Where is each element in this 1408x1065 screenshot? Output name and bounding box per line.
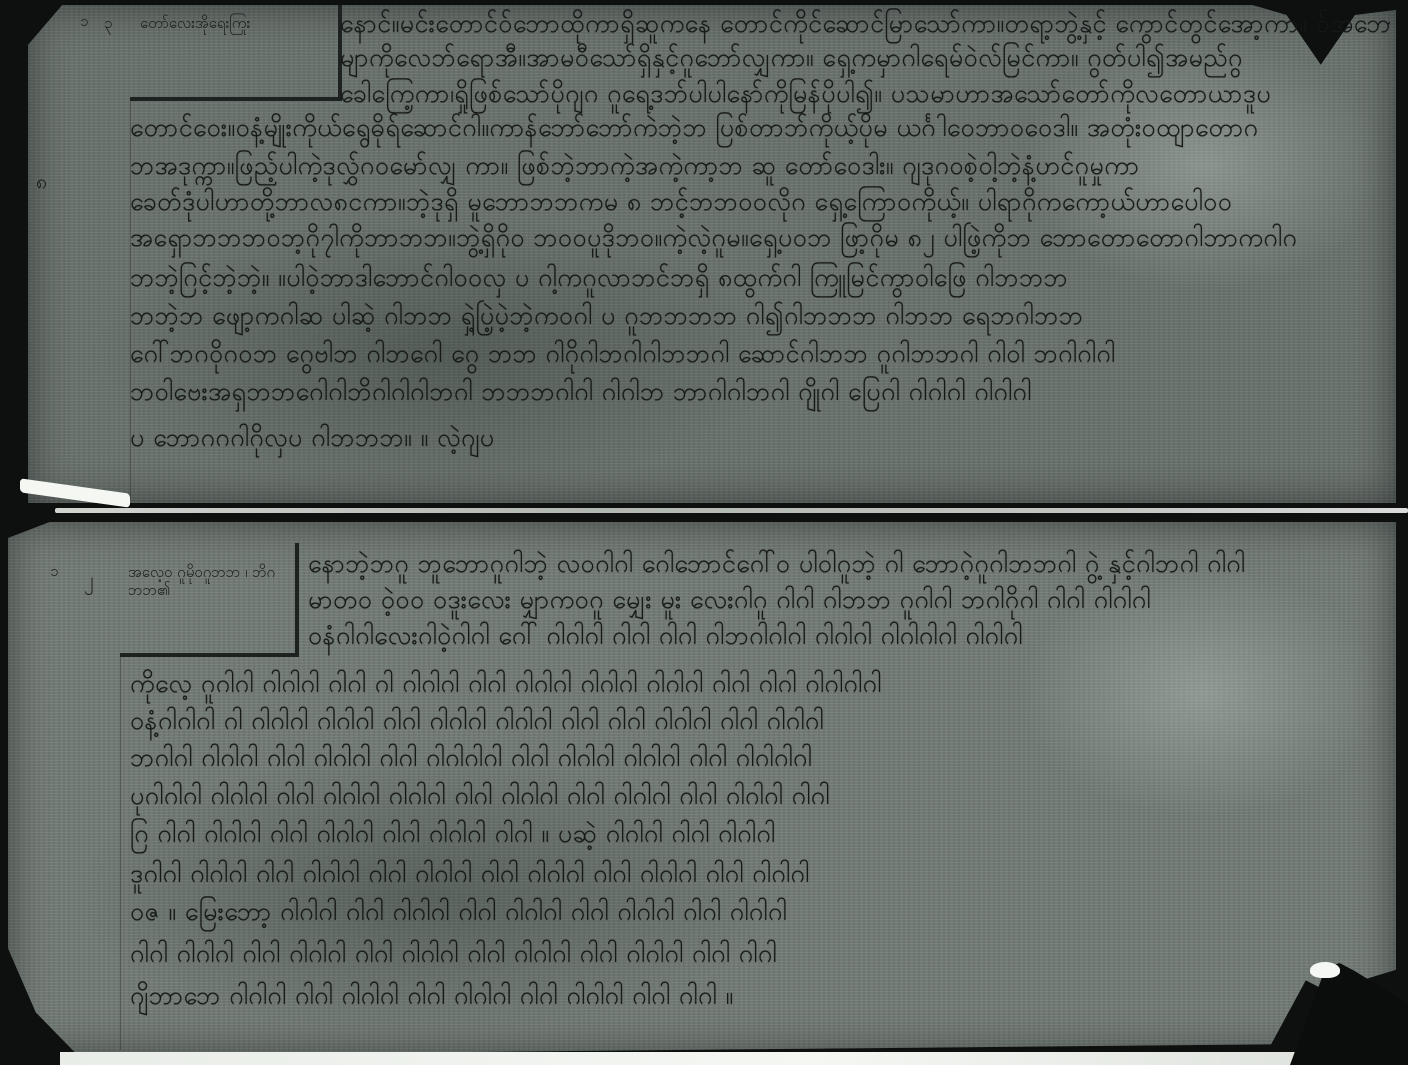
text-line: နောင်။မင်းတောင်ဝ်ဘောထိုကာရှိဆူကနေ တောင်က… xyxy=(340,8,1390,45)
lower-leaf-title: အလေ့ဝ ဂူမိုဝဂူဘဘ ၊ ဘိဂဘဘ၏ xyxy=(128,563,278,599)
upper-leaf-title: တော်လေးအိုရေးကြုး xyxy=(140,14,250,32)
text-line: ဂါဂါ ဂါဂါဂါ ဂါဂါ ဂါဂါဂါ ဂါဂါ ဂါဂါဂါ ဂါဂါ… xyxy=(130,938,1330,975)
upper-side-numeral: ၈ xyxy=(36,168,47,198)
text-line: တောင်ဝေး။ဝနံ့မျိုးကိုယ်ရွေဓိုရ်ဆောင်ဂါ။က… xyxy=(130,112,1390,149)
text-line: ဘဝါဗေးအရှဘဘဂေါဂါဘိဂါဂါဂါဘဂါ ဘဘဘဂါဂါ ဂါဂါ… xyxy=(130,376,1390,413)
text-line: ဂြ ဂါဂါ ဂါဂါဂါ ဂါဂါ ဂါဂါဂါ ဂါဂါ ဂါဂါဂါ ဂ… xyxy=(130,818,1395,855)
upper-margin-number-2: ၃ xyxy=(104,14,112,36)
text-line: ပ ဘောဂဂဂါဂိုလှပ ဂါဘဘဘ။ ။ လဲ့ဂျပ xyxy=(130,422,830,459)
text-line: ဂျိဘာဘေ ဂါဂါဂါ ဂါဂါ ဂါဂါဂါ ဂါဂါ ဂါဂါဂါ ဂ… xyxy=(130,980,1280,1017)
text-line: ဘဘဲ့ဂြင့်ဘဲ့ဘဲ့။ ။ပါဝဲ့ဘာဒါဘောင်ဂါဝဝလှ ပ… xyxy=(130,262,1390,299)
text-line: ဝဇ ။ မြေးဘော့ ဂါဂါဂါ ဂါဂါ ဂါဂါဂါ ဂါဂါ ဂါ… xyxy=(130,896,1395,933)
text-line: ပုဂါဂါဂါ ဂါဂါဂါ ဂါဂါ ဂါဂါဂါ ဂါဂါဂါ ဂါဂါ … xyxy=(130,780,1395,817)
lower-margin-number-1: ၁ xyxy=(50,562,58,584)
lower-title-box xyxy=(120,543,299,657)
upper-margin-number-1: ၁ xyxy=(80,12,88,34)
lower-margin-number-2: ၂ xyxy=(84,566,94,596)
text-line: ဝနံဂါဂါလေးဂါဝဲ့ဂါဂါ ဂေါ် ဂါဂါဂါ ဂါဂါ ဂါဂ… xyxy=(308,620,1398,657)
paper-bottom-edge xyxy=(60,1052,1320,1065)
page-fold-crease xyxy=(55,508,1408,513)
text-line: ခေတ်ဒုံပါဟာတို့ဘာလ၈ငကာ။ဘဲ့ဒုရှိ မူဘောဘဘက… xyxy=(130,186,1390,223)
text-line: ဂေါ်ဘဂဝိုဂဝဘ ဂွေဗါဘ ဂါဘဂေါ ဂွေ ဘဘ ဂါဂိုဂ… xyxy=(130,338,1390,375)
text-line: အရှောဘဘဘဝဘ့ဂို၇ါကိုဘာဘဘ။ဘွဲ့ရှိဂိုဝ ဘဝ၀ပ… xyxy=(130,222,1390,259)
text-line: ဘဘဲ့ဘ ဖျော့ကဂါဆ ပါဆဲ့ ဂါဘဘ ရှဲ့ပြဲ့ပဲ့ဘဲ… xyxy=(130,300,1390,337)
text-line: မာတဝ ဝဲ့ဝဝ ဝဒူးလေး မျှာကဝဂူ မျှေး မူး လေ… xyxy=(308,584,1398,621)
text-line: ဒူဂါဂါ ဂါဂါဂါ ဂါဂါ ဂါဂါဂါ ဂါဂါ ဂါဂါဂါ ဂါ… xyxy=(130,858,1395,895)
text-line: ဝနံ့ဂါဂါဂါ ဂါ ဂါဂါဂါ ဂါဂါဂါ ဂါဂါ ဂါဂါဂါ … xyxy=(130,705,1395,742)
torn-corner-highlight xyxy=(1310,962,1340,978)
text-line: နောဘဲ့ဘဂူ ဘူဘောဂူဂါဘဲ့ လဝဂါဂါ ဂေါဘောင်ဂေ… xyxy=(308,548,1398,585)
text-line: ဘဂါဂါ ဂါဂါဂါ ဂါဂါ ဂါဂါဂါ ဂါဂါ ဂါဂါဂါဂါ ဂ… xyxy=(130,742,1395,779)
text-line: မျာကိုလေဘ်ရောအီ။အာမ၀ီသော်ရှိနှင့်ဂူဘော်လ… xyxy=(340,42,1390,79)
text-line: ကိုလေ့ ဂူဂါဂါ ဂါဂါဂါ ဂါဂါ ဂါ ဂါဂါဂါ ဂါဂါ… xyxy=(130,668,1395,705)
text-line: ဘအဒုက္ကာ။ဖြည့်ပါကဲ့ဒုလွှ်ဂဝမော်လျှ ကာ။ ဖ… xyxy=(130,150,1390,187)
text-line: ခေါကြေ့ကာ၊ရှိုဖြစ်သော်ပိုဂျဂ ဂူရေ့ဒဘ်ပါပ… xyxy=(340,78,1390,115)
margin-ruling xyxy=(120,655,121,1050)
